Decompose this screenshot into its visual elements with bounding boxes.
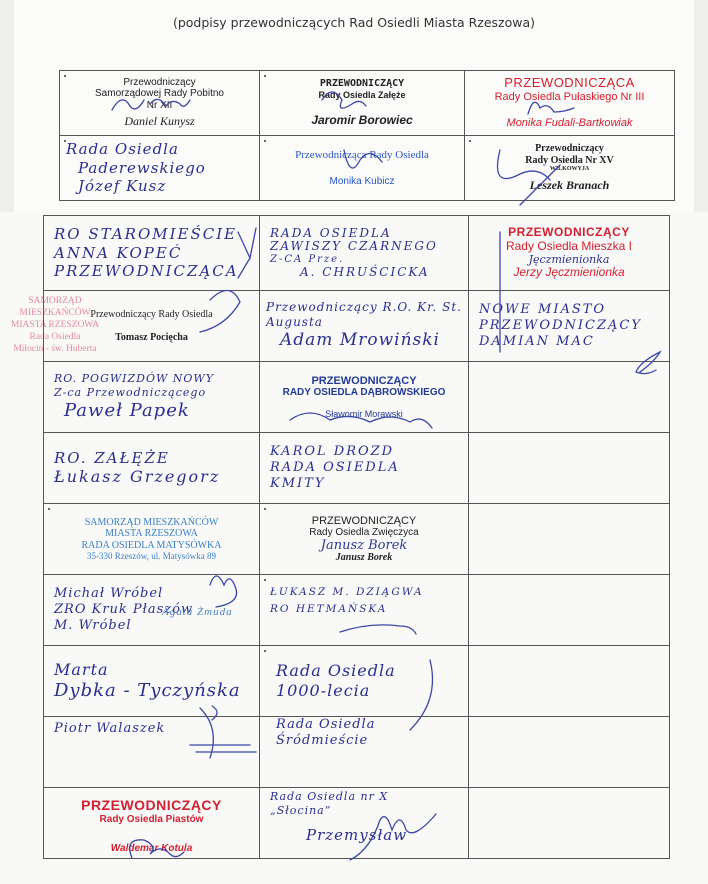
stamp-title: PRZEWODNICZĄCY	[260, 375, 468, 388]
stamp-name: Janusz Borek	[260, 552, 468, 564]
table-row: Rada Osiedla Paderewskiego Józef Kusz Pr…	[60, 136, 675, 201]
handwritten-line: A. CHRUŚCICKA	[270, 266, 468, 280]
handwritten-line: ANNA KOPEĆ	[54, 244, 259, 263]
handwritten-line: Rada Osiedla nr X	[270, 790, 468, 804]
handwritten-line: Dybka - Tyczyńska	[54, 680, 259, 703]
stamp-title: PRZEWODNICZĄCA	[465, 76, 674, 91]
signature-cell-empty	[469, 717, 670, 788]
handwritten-line: RO HETMAŃSKA	[270, 603, 468, 616]
stamp-name: Agata Żmuda	[162, 606, 233, 620]
signature-cell-mieszka-i: PRZEWODNICZĄCY Rady Osiedla Mieszka I Ję…	[469, 216, 670, 291]
signatures-table-top: Przewodniczący Samorządowej Rady Pobitno…	[59, 70, 675, 201]
handwritten-line: Adam Mrowiński	[266, 330, 468, 351]
signature-cell-kmity: KAROL DROZD RADA OSIEDLA KMITY	[260, 433, 469, 504]
handwritten-line: PRZEWODNICZĄCA	[54, 262, 259, 281]
table-row: PRZEWODNICZĄCY Rady Osiedla Piastów Wald…	[44, 788, 670, 859]
stamp-title: Przewodnicząca Rady Osiedla	[260, 149, 464, 162]
signature-cell-hetmanska: ŁUKASZ M. DZIĄGWA RO HETMAŃSKA	[260, 575, 469, 646]
handwritten-line: NOWE MIASTO	[479, 302, 669, 318]
stamp-line: Rady Osiedla Mieszka I	[469, 240, 669, 254]
stamp-line: Rady Osiedla Nr XV	[465, 155, 674, 167]
table-row: Przewodniczący Samorządowej Rady Pobitno…	[60, 71, 675, 136]
stamp-title: PRZEWODNICZĄCY	[260, 515, 468, 528]
stamp-title: PRZEWODNICZĄCY	[469, 226, 669, 240]
handwritten-line: Przewodniczący R.O. Kr. St.	[266, 300, 468, 315]
handwritten-line: Rada Osiedla	[66, 140, 259, 159]
stamp-name: Tomasz Pocięcha	[44, 332, 259, 344]
document-title: (podpisy przewodniczących Rad Osiedli Mi…	[0, 15, 708, 30]
stamp-title: Przewodniczący	[60, 77, 259, 89]
stamp-name: Jaromir Borowiec	[260, 114, 464, 128]
handwritten-line: KAROL DROZD	[270, 444, 468, 460]
stamp-title: Przewodniczący Rady Osiedla	[44, 309, 259, 321]
handwritten-line: RO. POGWIZDÓW NOWY	[54, 372, 259, 386]
handwritten-line: Marta	[54, 660, 259, 680]
stamp-name: Waldemar Kotula	[44, 843, 259, 855]
handwritten-line: DAMIAN MAC	[479, 334, 669, 350]
signature-cell-wilkowyja: Przewodniczący Rady Osiedla Nr XV WILKOW…	[465, 136, 675, 201]
signature-cell-matysowka: SAMORZĄD MIESZKAŃCÓW MIASTA RZESZOWA RAD…	[44, 504, 260, 575]
stamp-title: PRZEWODNICZĄCY	[260, 78, 464, 90]
stamp-name: Daniel Kunysz	[60, 115, 259, 129]
table-row: SAMORZĄD MIESZKAŃCÓW MIASTA RZESZOWA RAD…	[44, 504, 670, 575]
handwritten-signature: Janusz Borek	[260, 539, 468, 552]
stamp-line: Samorządowej Rady Pobitno	[60, 88, 259, 100]
signature-cell-empty	[469, 646, 670, 717]
handwritten-line: Paderewskiego	[66, 159, 259, 178]
handwritten-line: ZAWISZY CZARNEGO	[270, 240, 468, 254]
handwritten-line: RO STAROMIEŚCIE	[54, 225, 259, 244]
signature-cell-1000-lecia: Rada Osiedla 1000-lecia	[260, 646, 469, 717]
handwritten-line: KMITY	[270, 476, 468, 492]
handwritten-line: Łukasz Grzegorz	[54, 467, 259, 487]
handwritten-line: Z-ca Przewodniczącego	[54, 386, 259, 400]
stamp-line: Rady Osiedla Pułaskiego Nr III	[465, 91, 674, 104]
signature-cell-pulaskiego: PRZEWODNICZĄCA Rady Osiedla Pułaskiego N…	[465, 71, 675, 136]
stamp-line: 35-330 Rzeszów, ul. Matysówka 89	[44, 551, 259, 561]
stamp-name: Monika Fudali-Bartkowiak	[465, 117, 674, 130]
stamp-line: Rady Osiedla Załęże	[260, 90, 464, 100]
stamp-name: Monika Kubicz	[260, 176, 464, 188]
signature-cell-slocina: Rada Osiedla nr X „Słocina” Przemysław	[260, 788, 469, 859]
handwritten-line: Rada Osiedla	[276, 717, 468, 733]
signature-cell-empty	[469, 433, 670, 504]
signature-cell-dybka-tyczynska: Marta Dybka - Tyczyńska	[44, 646, 260, 717]
handwritten-line: Przemysław	[270, 826, 468, 845]
signatures-table-main: RO STAROMIEŚCIE ANNA KOPEĆ PRZEWODNICZĄC…	[43, 215, 670, 859]
signature-cell-paderewskiego: Rada Osiedla Paderewskiego Józef Kusz	[60, 136, 260, 201]
handwritten-line: RO. ZAŁĘŻE	[54, 449, 259, 468]
signature-cell-empty	[469, 788, 670, 859]
signature-cell-srodmiescie: Rada Osiedla Śródmieście	[260, 717, 469, 788]
stamp-line: Nr XII	[60, 100, 259, 112]
stamp-title: SAMORZĄD MIESZKAŃCÓW	[44, 517, 259, 529]
table-row: Michał Wróbel ZRO Kruk Płaszów M. Wróbel…	[44, 575, 670, 646]
table-row: Piotr Walaszek Rada Osiedla Śródmieście	[44, 717, 670, 788]
handwritten-line: ŁUKASZ M. DZIĄGWA	[270, 586, 468, 599]
signature-cell-milocin: Przewodniczący Rady Osiedla Tomasz Pocię…	[44, 291, 260, 362]
signature-cell-piastow: PRZEWODNICZĄCY Rady Osiedla Piastów Wald…	[44, 788, 260, 859]
stamp-name: Sławomir Morawski	[260, 409, 468, 419]
handwritten-line: Józef Kusz	[66, 177, 259, 196]
signature-cell-zalaze: PRZEWODNICZĄCY Rady Osiedla Załęże Jarom…	[260, 71, 465, 136]
signature-cell-kubicz: Przewodnicząca Rady Osiedla Monika Kubic…	[260, 136, 465, 201]
stamp-name: Jerzy Jęczmienionka	[469, 266, 669, 280]
table-row: RO STAROMIEŚCIE ANNA KOPEĆ PRZEWODNICZĄC…	[44, 216, 670, 291]
stamp-name: Leszek Branach	[465, 179, 674, 193]
signature-cell-dabrowskiego: PRZEWODNICZĄCY RADY OSIEDLA DĄBROWSKIEGO…	[260, 362, 469, 433]
stamp-title: PRZEWODNICZĄCY	[44, 797, 259, 813]
signature-cell-nowe-miasto: NOWE MIASTO PRZEWODNICZĄCY DAMIAN MAC	[469, 291, 670, 362]
signature-cell-pogwizdow-nowy: RO. POGWIZDÓW NOWY Z-ca Przewodniczącego…	[44, 362, 260, 433]
signature-cell-staromiescie: RO STAROMIEŚCIE ANNA KOPEĆ PRZEWODNICZĄC…	[44, 216, 260, 291]
stamp-line: MIASTA RZESZOWA	[44, 528, 259, 540]
signature-cell-empty	[469, 504, 670, 575]
stamp-line: RADY OSIEDLA DĄBROWSKIEGO	[260, 387, 468, 399]
handwritten-line: Piotr Walaszek	[54, 721, 259, 737]
handwritten-line: RADA OSIEDLA	[270, 227, 468, 241]
table-row: Przewodniczący Rady Osiedla Tomasz Pocię…	[44, 291, 670, 362]
handwritten-line: Paweł Papek	[54, 400, 259, 423]
signature-cell-zawiszy-czarnego: RADA OSIEDLA ZAWISZY CZARNEGO Z-CA Prze.…	[260, 216, 469, 291]
handwritten-line: 1000-lecia	[276, 681, 468, 701]
handwritten-line: „Słocina”	[270, 804, 468, 818]
signature-cell-zwieczyca: PRZEWODNICZĄCY Rady Osiedla Zwięczyca Ja…	[260, 504, 469, 575]
handwritten-line: M. Wróbel	[54, 618, 259, 634]
stamp-line: WILKOWYJA	[465, 166, 674, 173]
stamp-line: RADA OSIEDLA MATYSÓWKA	[44, 540, 259, 552]
handwritten-line: Michał Wróbel	[54, 586, 259, 602]
signature-cell-ro-zalaze: RO. ZAŁĘŻE Łukasz Grzegorz	[44, 433, 260, 504]
signature-cell-walaszek: Piotr Walaszek	[44, 717, 260, 788]
handwritten-line: PRZEWODNICZĄCY	[479, 318, 669, 334]
signature-cell-krolowej-augusta: Przewodniczący R.O. Kr. St. Augusta Adam…	[260, 291, 469, 362]
table-row: Marta Dybka - Tyczyńska Rada Osiedla 100…	[44, 646, 670, 717]
signature-cell-empty	[469, 575, 670, 646]
handwritten-line: RADA OSIEDLA	[270, 460, 468, 476]
handwritten-line: Rada Osiedla	[276, 661, 468, 681]
stamp-line: Rady Osiedla Piastów	[44, 814, 259, 826]
table-row: RO. ZAŁĘŻE Łukasz Grzegorz KAROL DROZD R…	[44, 433, 670, 504]
signature-cell-pobitno: Przewodniczący Samorządowej Rady Pobitno…	[60, 71, 260, 136]
handwritten-line: Z-CA Prze.	[270, 254, 468, 266]
signature-cell-empty	[469, 362, 670, 433]
handwritten-line: Śródmieście	[276, 733, 468, 749]
handwritten-line: Augusta	[266, 315, 468, 330]
table-row: RO. POGWIZDÓW NOWY Z-ca Przewodniczącego…	[44, 362, 670, 433]
stamp-title: Przewodniczący	[465, 143, 674, 155]
signature-cell-kruk-plaszow: Michał Wróbel ZRO Kruk Płaszów M. Wróbel…	[44, 575, 260, 646]
